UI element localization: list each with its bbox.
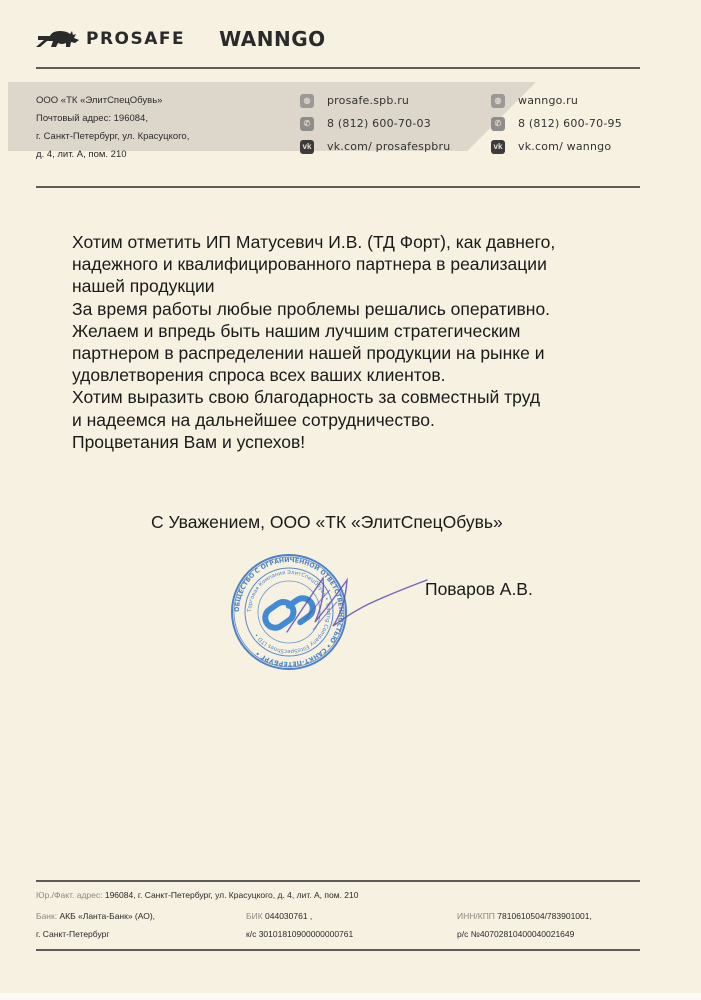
brand-wanngo: WANNGO: [219, 27, 326, 51]
contacts-wanngo: ◍ wanngo.ru ✆ 8 (812) 600-70-95 vk vk.co…: [491, 89, 622, 158]
globe-icon: ◍: [300, 94, 314, 108]
company-name: ООО «ТК «ЭлитСпецОбувь»: [36, 92, 189, 110]
legal-address-label: Юр./Факт. адрес:: [36, 890, 102, 900]
bank-label: Банк:: [36, 911, 57, 921]
contact-website[interactable]: ◍ wanngo.ru: [491, 89, 622, 112]
contacts-prosafe: ◍ prosafe.spb.ru ✆ 8 (812) 600-70-03 vk …: [300, 89, 450, 158]
vk-icon: vk: [491, 140, 505, 154]
footer-bank-city: г. Санкт-Петербург: [36, 929, 109, 939]
footer-rs: р/с №40702810400040021649: [457, 929, 574, 939]
contact-phone[interactable]: ✆ 8 (812) 600-70-95: [491, 112, 622, 135]
globe-icon: ◍: [491, 94, 505, 108]
signature-icon: [285, 560, 430, 650]
letter-body: Хотим отметить ИП Матусевич И.В. (ТД Фор…: [72, 231, 672, 453]
footer-ks: к/с 30101810900000000761: [246, 929, 353, 939]
signer-name: Поваров А.В.: [425, 579, 533, 600]
footer-bank: Банк: АКБ «Ланта-Банк» (АО),: [36, 911, 155, 921]
letter-line: Хотим отметить ИП Матусевич И.В. (ТД Фор…: [72, 231, 672, 253]
brand-logos: PROSAFE WANNGO: [36, 26, 326, 52]
brand-prosafe: PROSAFE: [86, 29, 185, 49]
phone-icon: ✆: [491, 117, 505, 131]
letter-line: и надеемся на дальнейшее сотрудничество.: [72, 409, 672, 431]
header-rule-bottom: [36, 186, 640, 188]
address-line: г. Санкт-Петербург, ул. Красуцкого,: [36, 128, 189, 146]
phone-icon: ✆: [300, 117, 314, 131]
footer-inn: ИНН/КПП 7810610504/783901001,: [457, 911, 592, 921]
letter-line: нашей продукции: [72, 275, 672, 297]
header-rule-top: [36, 67, 640, 69]
address-line: Почтовый адрес: 196084,: [36, 110, 189, 128]
letter-line: надежного и квалифицированного партнера …: [72, 253, 672, 275]
prosafe-rhino-logo-icon: [36, 27, 80, 51]
footer-bik: БИК 044030761 ,: [246, 911, 312, 921]
bank-value: АКБ «Ланта-Банк» (АО),: [59, 911, 155, 921]
letter-line: Желаем и впредь быть нашим лучшим страте…: [72, 320, 672, 342]
contact-vk[interactable]: vk vk.com/ wanngo: [491, 135, 622, 158]
bik-label: БИК: [246, 911, 263, 921]
vk-icon: vk: [300, 140, 314, 154]
footer-rule-bottom: [36, 949, 640, 951]
footer-legal-address: Юр./Факт. адрес: 196084, г. Санкт-Петерб…: [36, 890, 358, 900]
inn-value: 7810610504/783901001,: [497, 911, 592, 921]
footer-rule-top: [36, 880, 640, 882]
contact-vk[interactable]: vk vk.com/ prosafespbru: [300, 135, 450, 158]
letter-closing: С Уважением, ООО «ТК «ЭлитСпецОбувь»: [151, 512, 503, 533]
legal-address-value: 196084, г. Санкт-Петербург, ул. Красуцко…: [105, 890, 359, 900]
contact-website[interactable]: ◍ prosafe.spb.ru: [300, 89, 450, 112]
letter-line: Процветания Вам и успехов!: [72, 431, 672, 453]
bik-value: 044030761 ,: [265, 911, 312, 921]
letter-line: удовлетворения спроса всех ваших клиенто…: [72, 364, 672, 386]
contact-phone[interactable]: ✆ 8 (812) 600-70-03: [300, 112, 450, 135]
letter-line: партнером в распределении нашей продукци…: [72, 342, 672, 364]
company-address: ООО «ТК «ЭлитСпецОбувь» Почтовый адрес: …: [36, 92, 189, 164]
address-line: д. 4, лит. А, пом. 210: [36, 146, 189, 164]
letter-line: Хотим выразить свою благодарность за сов…: [72, 386, 672, 408]
letter-line: За время работы любые проблемы решались …: [72, 298, 672, 320]
page-bottom-edge: [0, 993, 701, 1000]
inn-label: ИНН/КПП: [457, 911, 495, 921]
